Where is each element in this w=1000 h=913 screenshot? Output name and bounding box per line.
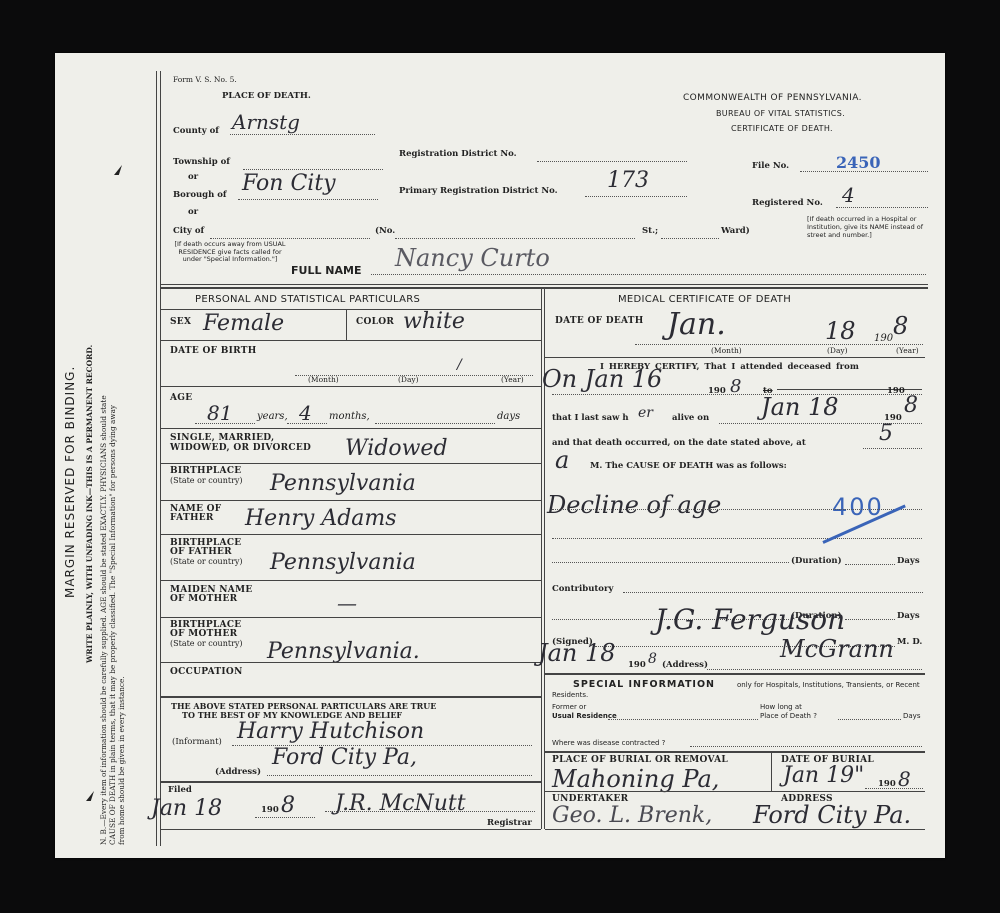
section-divider bbox=[545, 673, 925, 675]
father-birthplace-value[interactable]: Pennsylvania bbox=[270, 550, 416, 575]
former-residence-field[interactable] bbox=[608, 718, 758, 720]
marital-label-line2: WIDOWED, OR DIVORCED bbox=[170, 443, 311, 453]
form-number: Form V. S. No. 5. bbox=[173, 75, 237, 84]
years-caption: years, bbox=[257, 411, 288, 422]
form-left-border bbox=[160, 71, 161, 846]
filed-label: Filed bbox=[168, 785, 192, 795]
cause-line-2[interactable] bbox=[552, 537, 922, 539]
birthplace-value[interactable]: Pennsylvania bbox=[270, 471, 416, 496]
cause-of-death-value[interactable]: Decline of age bbox=[547, 491, 721, 519]
contributory-label: Contributory bbox=[552, 584, 613, 594]
file-number-label: File No. bbox=[752, 161, 789, 171]
sex-value[interactable]: Female bbox=[203, 311, 284, 336]
marital-status-value[interactable]: Widowed bbox=[345, 436, 448, 461]
age-months-value: 4 bbox=[299, 401, 312, 425]
registrar-signature: J.R. McNutt bbox=[335, 791, 466, 816]
duration-label: (Duration) bbox=[791, 556, 842, 566]
day-caption: (Day) bbox=[398, 375, 419, 384]
form-left-border bbox=[156, 71, 157, 846]
last-saw-suffix[interactable]: er bbox=[638, 405, 653, 421]
row-divider bbox=[161, 309, 541, 310]
file-number-value: 2450 bbox=[836, 153, 881, 172]
row-divider bbox=[161, 829, 541, 830]
primary-district-field[interactable]: 173 bbox=[585, 178, 687, 197]
or-label: or bbox=[188, 207, 198, 217]
filed-date-value[interactable]: Jan 18 bbox=[151, 796, 222, 821]
date-of-death-day[interactable]: 18 bbox=[825, 317, 856, 345]
how-long-label-line2: Place of Death ? bbox=[760, 712, 817, 721]
margin-nb-line1: N. B.—Every item of information should b… bbox=[99, 395, 108, 845]
death-certificate: MARGIN RESERVED FOR BINDING. WRITE PLAIN… bbox=[55, 53, 945, 858]
section-divider bbox=[161, 284, 928, 285]
days-label: Days bbox=[903, 712, 920, 720]
am-pm-value[interactable]: a bbox=[555, 446, 569, 474]
margin-write-plainly: WRITE PLAINLY, WITH UNFADING INK—THIS IS… bbox=[85, 345, 94, 663]
row-divider bbox=[161, 463, 541, 464]
registration-district-field[interactable] bbox=[537, 149, 687, 162]
attended-to-year-prefix: 190 bbox=[887, 386, 905, 396]
date-of-birth-label: DATE OF BIRTH bbox=[170, 346, 257, 356]
bureau-heading: BUREAU OF VITAL STATISTICS. bbox=[716, 109, 845, 118]
row-divider bbox=[545, 357, 925, 358]
contributory-field[interactable] bbox=[623, 591, 923, 593]
certificate-heading: CERTIFICATE OF DEATH. bbox=[731, 124, 833, 133]
registration-district-label: Registration District No. bbox=[399, 149, 517, 159]
date-of-death-label: DATE OF DEATH bbox=[555, 316, 644, 326]
month-caption: (Month) bbox=[711, 346, 742, 355]
county-field[interactable]: Arnstg bbox=[230, 118, 375, 135]
duration-days-field[interactable] bbox=[845, 563, 895, 565]
mother-maiden-name-label: MAIDEN NAME OF MOTHER bbox=[170, 586, 253, 604]
days-caption: days bbox=[497, 411, 520, 422]
burial-place-value[interactable]: Mahoning Pa, bbox=[552, 765, 719, 793]
township-field[interactable] bbox=[243, 157, 383, 170]
mother-maiden-name-value[interactable]: — bbox=[337, 591, 357, 615]
alive-on-label: alive on bbox=[672, 413, 709, 423]
margin-nb-line3: from home should be given in every insta… bbox=[117, 676, 126, 845]
date-of-death-year-prefix: 190 bbox=[874, 333, 893, 344]
undertaker-address-value[interactable]: Ford City Pa. bbox=[753, 801, 911, 829]
city-label: City of bbox=[173, 226, 204, 236]
ward-label: Ward) bbox=[721, 226, 750, 236]
last-saw-label: that I last saw h bbox=[552, 413, 629, 423]
day-caption: (Day) bbox=[827, 346, 848, 355]
disease-contracted-label: Where was disease contracted ? bbox=[552, 739, 665, 747]
burial-divider bbox=[771, 753, 772, 791]
filed-year-prefix: 190 bbox=[261, 805, 279, 815]
father-name-value[interactable]: Henry Adams bbox=[245, 506, 397, 531]
age-years-value: 81 bbox=[207, 401, 232, 425]
full-name-field[interactable]: Nancy Curto bbox=[371, 258, 926, 275]
primary-district-label: Primary Registration District No. bbox=[399, 186, 558, 196]
registered-number-field[interactable]: 4 bbox=[836, 193, 928, 208]
registered-number-value: 4 bbox=[842, 183, 855, 207]
date-of-birth-value: / bbox=[457, 357, 462, 373]
sex-label: SEX bbox=[170, 317, 191, 327]
row-divider bbox=[161, 580, 541, 581]
undertaker-value[interactable]: Geo. L. Brenk, bbox=[552, 803, 712, 828]
state-country-caption: (State or country) bbox=[170, 476, 243, 485]
cause-line-1[interactable] bbox=[552, 508, 922, 510]
borough-label: Borough of bbox=[173, 190, 227, 200]
filed-year-field[interactable]: 190 8 bbox=[255, 807, 315, 818]
physician-signature: J.G. Ferguson bbox=[655, 603, 845, 636]
cause-duration-field[interactable] bbox=[552, 561, 789, 563]
burial-year-prefix: 190 bbox=[878, 779, 896, 789]
filed-year-value: 8 bbox=[281, 793, 295, 818]
informant-address-field[interactable]: Ford City Pa, bbox=[267, 761, 532, 776]
father-name-label: NAME OF FATHER bbox=[170, 505, 222, 523]
sex-color-divider bbox=[346, 310, 347, 340]
father-birthplace-label: BIRTHPLACE OF FATHER (State or country) bbox=[170, 539, 243, 566]
mother-birthplace-value[interactable]: Pennsylvania. bbox=[267, 639, 420, 664]
binding-hole bbox=[114, 165, 122, 175]
row-divider bbox=[161, 617, 541, 618]
informant-address-value: Ford City Pa, bbox=[272, 745, 417, 770]
occupation-field[interactable] bbox=[255, 675, 535, 676]
attended-year-value[interactable]: 8 bbox=[730, 376, 741, 397]
days-label: Days bbox=[897, 556, 920, 566]
signed-address-value: McGrann bbox=[780, 635, 894, 663]
disease-contracted-field[interactable] bbox=[690, 745, 922, 747]
registrar-label: Registrar bbox=[487, 818, 532, 828]
informant-label: (Informant) bbox=[172, 737, 222, 747]
ward-field[interactable] bbox=[661, 226, 719, 239]
binding-hole bbox=[86, 791, 94, 801]
burial-year-value[interactable]: 8 bbox=[898, 767, 911, 791]
section-divider bbox=[161, 696, 541, 698]
city-field[interactable] bbox=[210, 226, 370, 239]
color-value[interactable]: white bbox=[403, 309, 465, 334]
signed-date-value[interactable]: Jan 18 bbox=[538, 639, 616, 667]
age-label: AGE bbox=[170, 393, 192, 403]
row-divider bbox=[161, 662, 541, 663]
how-long-field[interactable] bbox=[838, 718, 901, 720]
former-label-line1: Former or bbox=[552, 703, 617, 712]
month-caption: (Month) bbox=[308, 375, 339, 384]
birthplace-label-line1: BIRTHPLACE bbox=[170, 467, 243, 476]
file-number-field[interactable]: 2450 bbox=[800, 157, 928, 172]
date-of-death-year[interactable]: 8 bbox=[893, 312, 908, 340]
medical-certificate-heading: MEDICAL CERTIFICATE OF DEATH bbox=[618, 294, 791, 305]
place-of-death-heading: PLACE OF DEATH. bbox=[222, 91, 311, 101]
marital-status-label: SINGLE, MARRIED, WIDOWED, OR DIVORCED bbox=[170, 433, 311, 453]
borough-field[interactable]: Fon City bbox=[238, 181, 378, 200]
death-occurred-label: and that death occurred, on the date sta… bbox=[552, 438, 806, 448]
burial-place-label: PLACE OF BURIAL OR REMOVAL bbox=[552, 755, 728, 765]
row-divider bbox=[161, 340, 541, 341]
attended-from-value[interactable]: On Jan 16 bbox=[542, 365, 662, 393]
county-value: Arnstg bbox=[232, 110, 300, 134]
hospital-note: [If death occurred in a Hospital or Inst… bbox=[807, 216, 925, 239]
section-divider bbox=[545, 751, 925, 753]
margin-binding-text: MARGIN RESERVED FOR BINDING. bbox=[63, 366, 77, 598]
borough-value: Fon City bbox=[242, 171, 336, 196]
commonwealth-heading: COMMONWEALTH OF PENNSYLVANIA. bbox=[683, 93, 862, 103]
mother-bp-label-line2: OF MOTHER bbox=[170, 630, 243, 639]
or-label: or bbox=[188, 172, 198, 182]
township-label: Township of bbox=[173, 157, 230, 167]
street-number-field[interactable] bbox=[395, 226, 635, 239]
signed-year-value[interactable]: 8 bbox=[648, 651, 657, 667]
signed-address-field[interactable] bbox=[707, 668, 922, 670]
street-number-label: (No. bbox=[375, 226, 395, 236]
mother-birthplace-label: BIRTHPLACE OF MOTHER (State or country) bbox=[170, 621, 243, 648]
residence-note: [If death occurs away from USUAL RESIDEN… bbox=[171, 241, 289, 264]
time-of-death-value[interactable]: 5 bbox=[879, 421, 893, 446]
occupation-label: OCCUPATION bbox=[170, 667, 243, 677]
age-years-field[interactable]: 81 bbox=[195, 411, 255, 424]
attended-year-prefix: 190 bbox=[708, 386, 726, 396]
margin-nb-line2: CAUSE OF DEATH in plain terms, that it m… bbox=[108, 405, 117, 845]
birthplace-label: BIRTHPLACE (State or country) bbox=[170, 467, 243, 485]
how-long-label: How long at Place of Death ? bbox=[760, 703, 817, 721]
special-information-subtitle: only for Hospitals, Institutions, Transi… bbox=[552, 680, 922, 700]
row-divider bbox=[545, 791, 925, 792]
md-label: M. D. bbox=[897, 637, 922, 647]
registered-number-label: Registered No. bbox=[752, 198, 823, 208]
personal-particulars-heading: PERSONAL AND STATISTICAL PARTICULARS bbox=[195, 294, 420, 305]
father-label-line2: FATHER bbox=[170, 514, 222, 523]
informant-field[interactable]: Harry Hutchison bbox=[232, 731, 532, 746]
year-caption: (Year) bbox=[896, 346, 919, 355]
how-long-label-line1: How long at bbox=[760, 703, 817, 712]
burial-date-value[interactable]: Jan 19" bbox=[783, 763, 864, 788]
color-label: COLOR bbox=[356, 317, 394, 327]
age-days-field[interactable] bbox=[375, 411, 495, 424]
state-country-caption: (State or country) bbox=[170, 557, 243, 566]
date-of-death-month[interactable]: Jan. bbox=[667, 307, 726, 342]
contributory-days-field[interactable] bbox=[845, 618, 895, 620]
age-months-field[interactable]: 4 bbox=[287, 411, 327, 424]
county-label: County of bbox=[173, 126, 219, 136]
year-caption: (Year) bbox=[501, 375, 524, 384]
row-divider bbox=[161, 500, 541, 501]
last-saw-date-value[interactable]: Jan 18 bbox=[761, 393, 839, 421]
signed-year-prefix: 190 bbox=[628, 660, 646, 670]
informant-address-label: (Address) bbox=[215, 767, 261, 777]
state-country-caption: (State or country) bbox=[170, 639, 243, 648]
row-divider bbox=[161, 428, 541, 429]
street-label: St.; bbox=[642, 226, 658, 236]
months-caption: months, bbox=[329, 411, 370, 422]
row-divider bbox=[545, 829, 925, 830]
signed-address-label: (Address) bbox=[662, 660, 708, 670]
cause-of-death-label: M. The CAUSE OF DEATH was as follows: bbox=[590, 461, 787, 471]
row-divider bbox=[161, 386, 541, 387]
section-divider bbox=[161, 781, 541, 783]
full-name-label: FULL NAME bbox=[291, 264, 361, 277]
marital-label-line1: SINGLE, MARRIED, bbox=[170, 433, 311, 443]
father-bp-label-line2: OF FATHER bbox=[170, 548, 243, 557]
last-saw-year-value[interactable]: 8 bbox=[904, 393, 918, 418]
days-label: Days bbox=[897, 611, 920, 621]
informant-value: Harry Hutchison bbox=[237, 719, 424, 744]
registrar-field[interactable] bbox=[325, 810, 535, 812]
row-divider bbox=[161, 534, 541, 535]
full-name-value: Nancy Curto bbox=[395, 244, 550, 272]
primary-district-value: 173 bbox=[607, 168, 649, 193]
mother-label-line2: OF MOTHER bbox=[170, 595, 253, 604]
